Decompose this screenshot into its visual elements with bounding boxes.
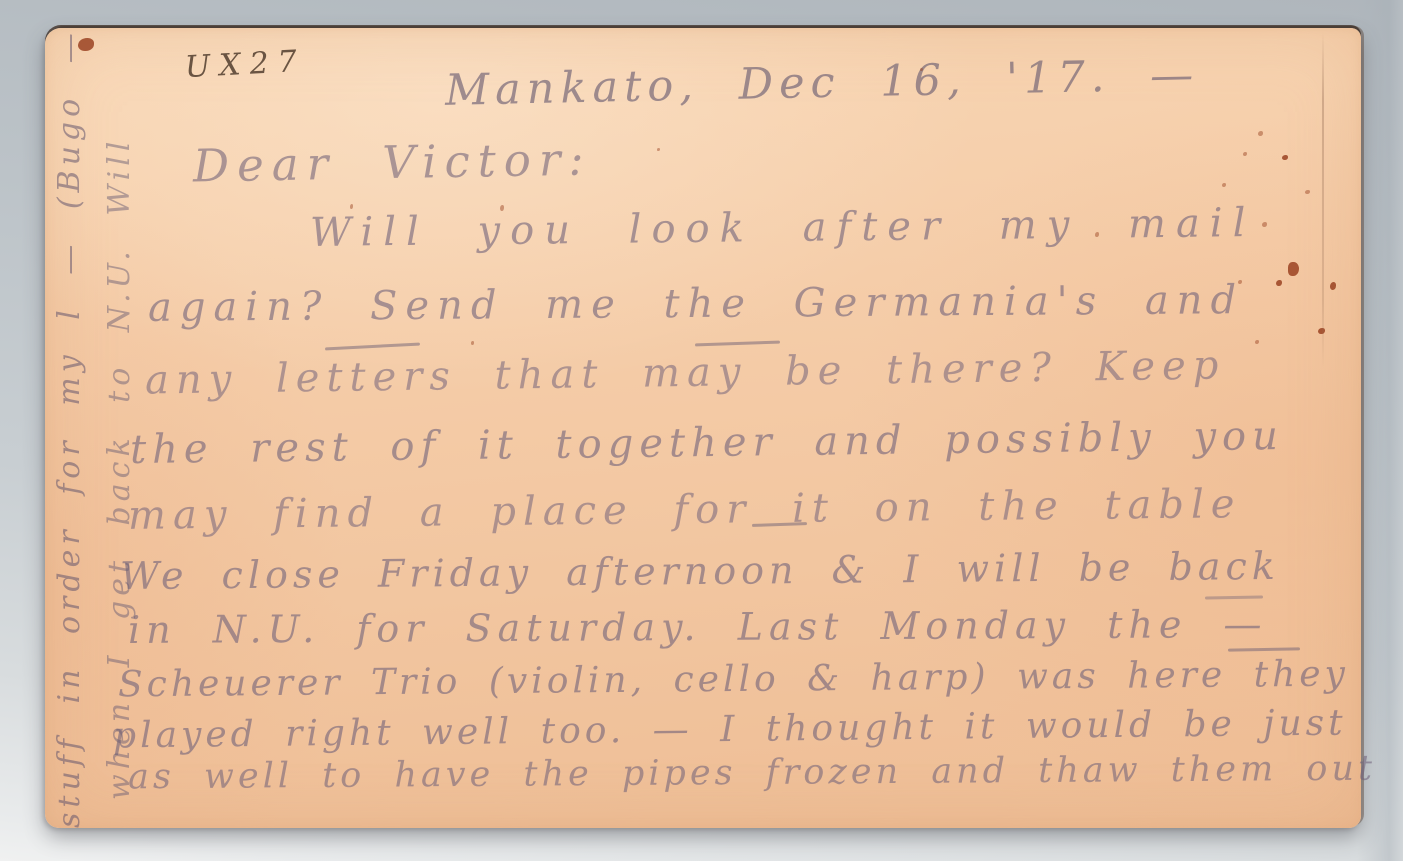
stain-mark	[471, 341, 474, 345]
message-line: We close Friday afternoon & I will be ba…	[120, 547, 1280, 595]
message-line: the rest of it together and possibly you	[130, 416, 1284, 470]
left-margin-note: stuff in order for my l — (Bugo —	[55, 28, 85, 828]
stain-mark	[1243, 152, 1247, 156]
stain-mark	[1255, 340, 1259, 344]
message-line: may find a place for it on the table	[128, 484, 1242, 536]
stain-mark	[1288, 262, 1299, 276]
pencil-stroke	[1205, 595, 1263, 599]
message-line: played right well too. — I thought it wo…	[113, 706, 1347, 755]
scanner-bed-shadow	[1357, 0, 1403, 861]
stain-mark	[1258, 131, 1263, 136]
stain-mark	[1222, 183, 1226, 187]
stain-mark	[657, 148, 660, 151]
message-line: any letters that may be there? Keep	[145, 345, 1226, 400]
postcard: UX27 Mankato, Dec 16, '17. — Dear Victor…	[45, 28, 1361, 828]
catalog-number: UX27	[184, 47, 306, 83]
card-crease	[1322, 32, 1324, 368]
pencil-stroke	[325, 343, 420, 351]
left-margin-note: when I get back to N.U. Will	[105, 137, 135, 800]
stain-mark	[1305, 190, 1310, 194]
scanned-postcard-photo: { "scan": { "background_color": "#c1c8cd…	[0, 0, 1403, 861]
message-line: as well to have the pipes frozen and tha…	[128, 752, 1376, 796]
stain-mark	[1262, 222, 1267, 227]
salutation: Dear Victor:	[193, 137, 592, 189]
stain-mark	[350, 204, 353, 209]
message-line: in N.U. for Saturday. Last Monday the —	[128, 605, 1268, 649]
stain-mark	[1330, 282, 1336, 290]
message-line: Will you look after my mail	[310, 203, 1256, 253]
pencil-stroke	[1228, 647, 1300, 651]
pencil-stroke	[695, 341, 780, 347]
message-line: Scheuerer Trio (violin, cello & harp) wa…	[118, 657, 1349, 704]
message-line: again? Send me the Germania's and	[148, 280, 1244, 328]
stain-mark	[1282, 155, 1288, 160]
stain-mark	[78, 38, 94, 51]
stain-mark	[1276, 280, 1282, 286]
dateline: Mankato, Dec 16, '17. —	[445, 54, 1200, 113]
